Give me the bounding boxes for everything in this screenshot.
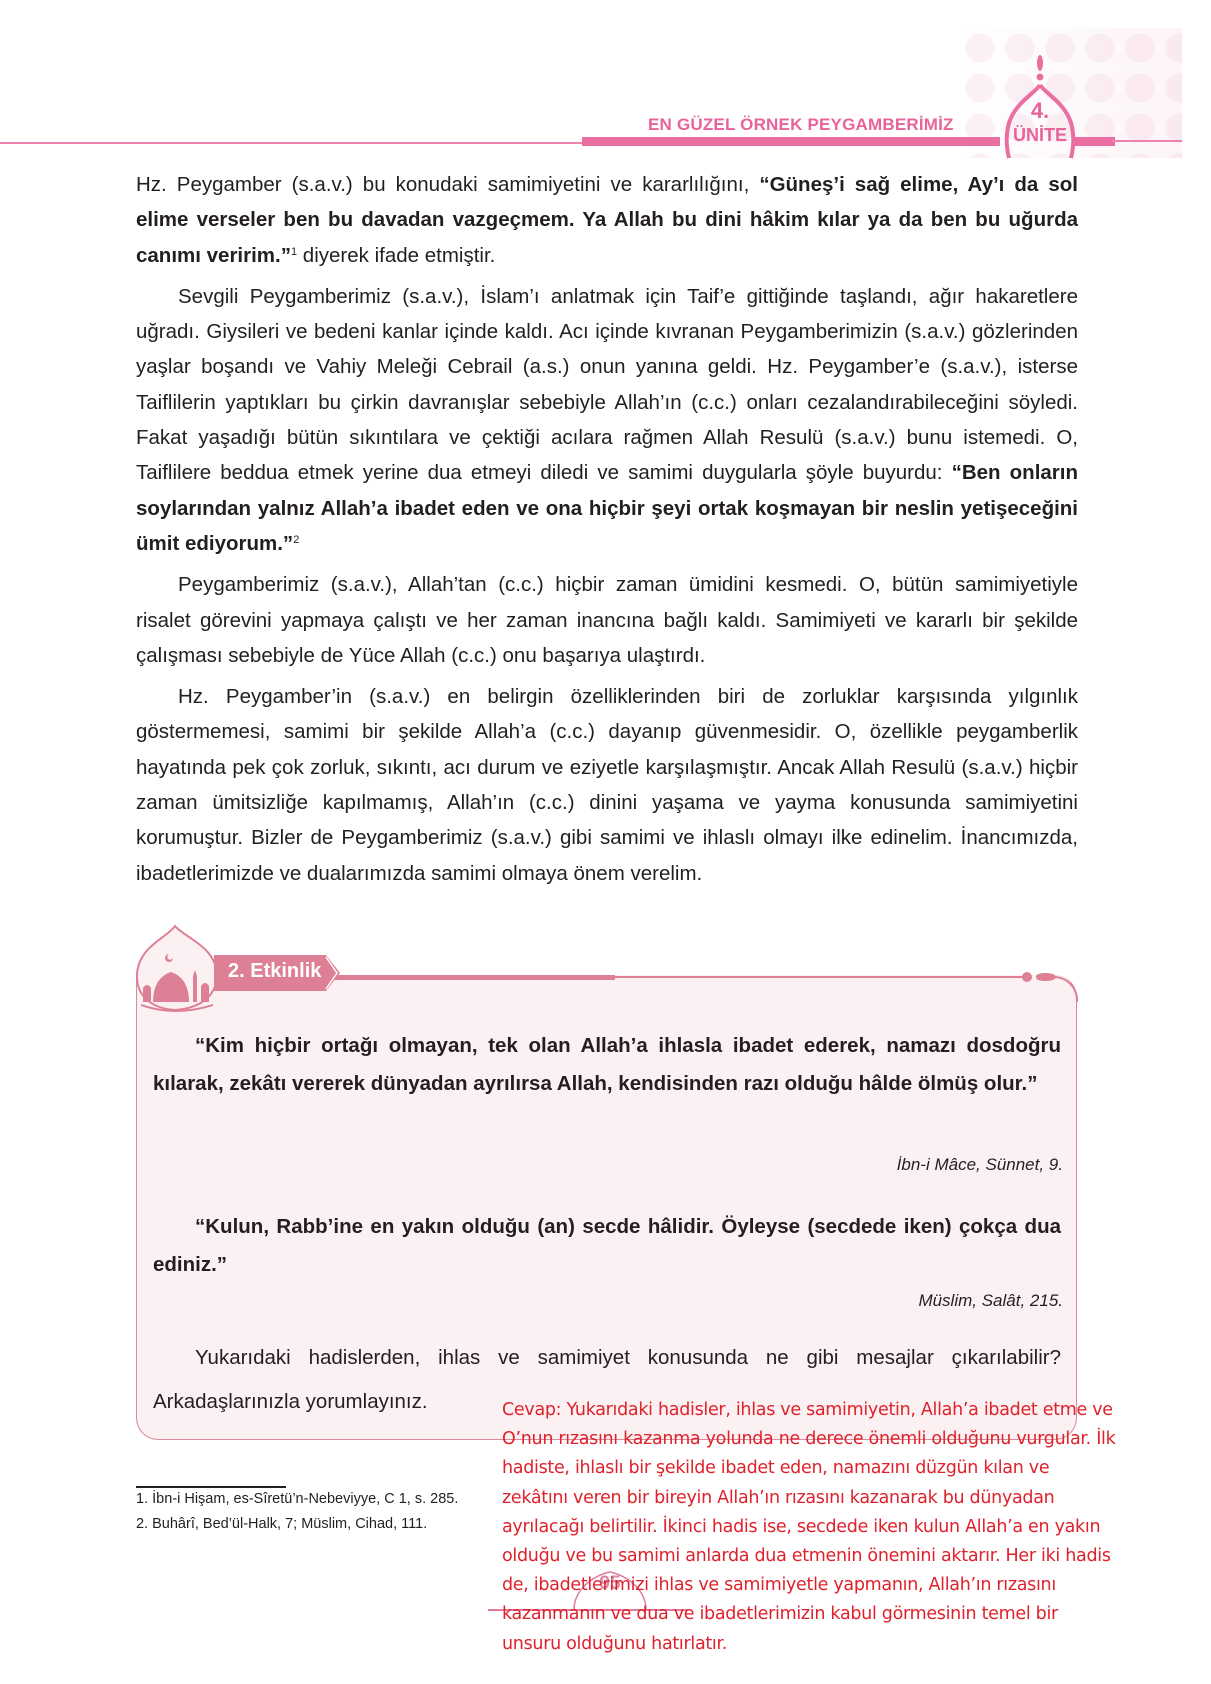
answer-text: Cevap: Yukarıdaki hadisler, ihlas ve sam… [502,1396,1211,1659]
activity-box-corner [1052,976,1078,1002]
header-rule-left [0,142,590,144]
answer-line: hadiste, ihlaslı bir şekilde ibadet eden… [502,1454,1211,1483]
footnote-rule [136,1486,286,1488]
header-rule-thick [582,137,1000,146]
footnote-1: 1. İbn-i Hişam, es-Sîretü’n-Nebeviyye, C… [136,1491,458,1507]
paragraph-3: Peygamberimiz (s.a.v.), Allah’tan (c.c.)… [136,567,1078,673]
hadith-quote-1: “Kim hiçbir ortağı olmayan, tek olan All… [153,1027,1061,1102]
footnote-ref-2: 2 [293,534,299,546]
footnote-2: 2. Buhârî, Bed’ül-Halk, 7; Müslim, Cihad… [136,1516,427,1532]
body-text: Hz. Peygamber (s.a.v.) bu konudaki samim… [136,167,1078,897]
paragraph-4: Hz. Peygamber’in (s.a.v.) en belirgin öz… [136,679,1078,891]
unit-number: 4. [1020,98,1060,124]
answer-line: O’nun rızasını kazanma yolunda ne derece… [502,1425,1211,1454]
activity-rule-dot [1022,972,1032,982]
activity-rule-thin [612,976,1024,978]
answer-line: zekâtını veren bir bireyin Allah’ın rıza… [502,1484,1211,1513]
unit-label: ÜNİTE [1007,125,1073,146]
activity-rule-thick [330,975,615,980]
hadith-quote-2: “Kulun, Rabb’ine en yakın olduğu (an) se… [153,1208,1061,1283]
answer-line: de, ibadetlerimizi ihlas ve samimiyetle … [502,1571,1211,1600]
answer-line: Cevap: Yukarıdaki hadisler, ihlas ve sam… [502,1396,1211,1425]
header-rule-right [1112,140,1182,142]
paragraph-2: Sevgili Peygamberimiz (s.a.v.), İslam’ı … [136,279,1078,561]
activity-label: 2. Etkinlik [228,960,321,983]
section-title: EN GÜZEL ÖRNEK PEYGAMBERİMİZ [648,115,954,135]
answer-line: ayrılacağı belirtilir. İkinci hadis ise,… [502,1513,1211,1542]
hadith-citation-1: İbn-i Mâce, Sünnet, 9. [897,1155,1063,1175]
answer-line: unsuru olduğunu hatırlatır. [502,1630,1211,1659]
paragraph-1: Hz. Peygamber (s.a.v.) bu konudaki samim… [136,167,1078,273]
answer-line: olduğu ve bu samimi anlarda dua etmenin … [502,1542,1211,1571]
hadith-citation-2: Müslim, Salât, 215. [918,1291,1063,1311]
answer-line: kazanmanın ve dua ve ibadetlerimizin kab… [502,1600,1211,1629]
